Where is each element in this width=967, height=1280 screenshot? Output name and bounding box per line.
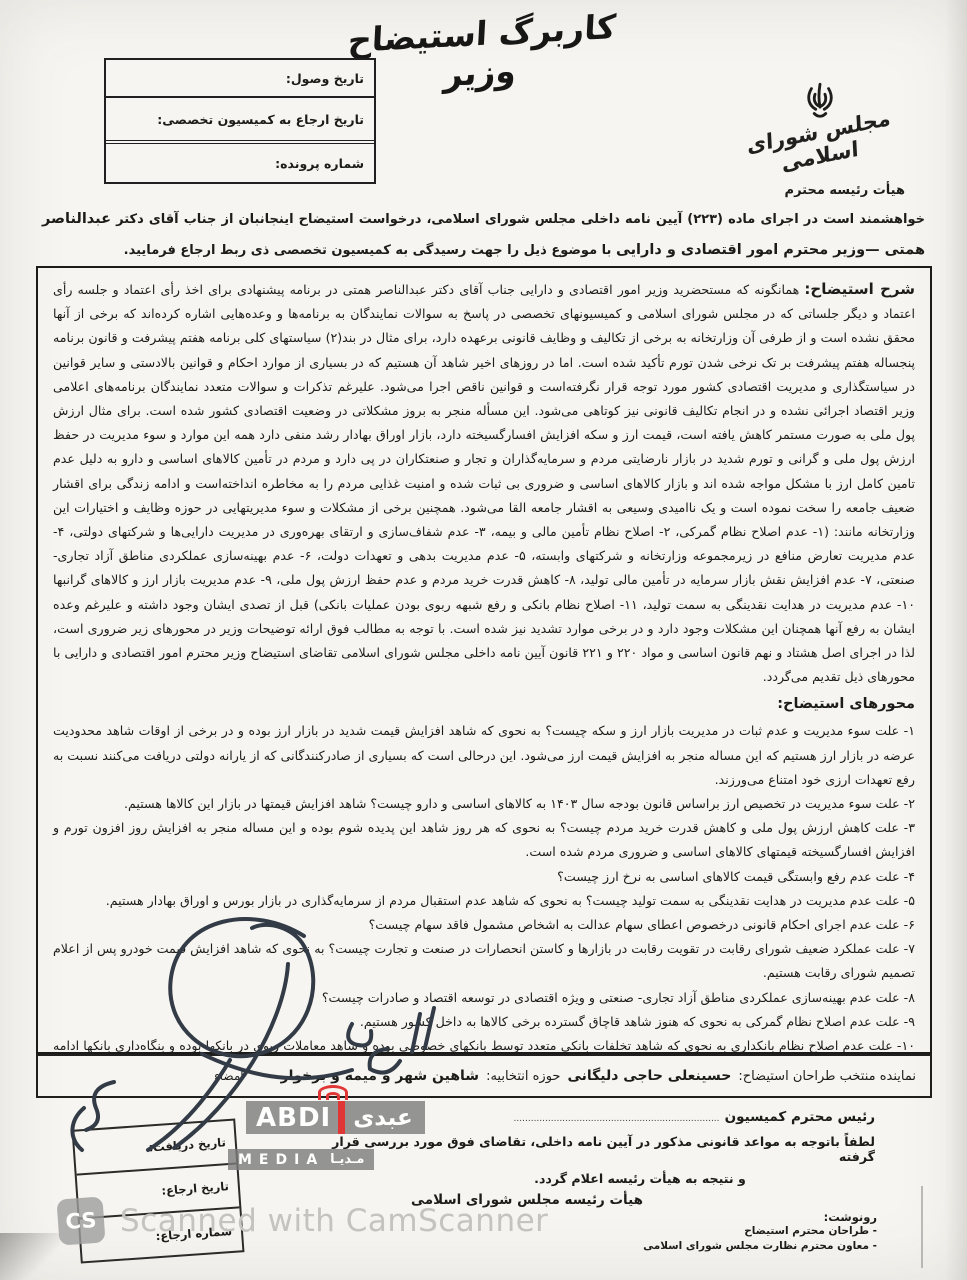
intro-text-2: با موضوع ذیل را جهت رسیدگی به کمیسیون تخ… bbox=[124, 243, 616, 258]
addressee-heading: هیأت رئیسه محترم bbox=[785, 183, 905, 198]
axis-item-9: ۹- علت عدم اصلاح نظام گمرکی به نحوی که ه… bbox=[53, 1010, 915, 1034]
scanned-document-page: کاربرگ استیضاح وزیر تاریخ وصول: تاریخ ار… bbox=[0, 0, 967, 1280]
referral-date-row: تاریخ ارجاع به کمیسیون تخصصی: bbox=[106, 98, 374, 144]
constituency-label: حوزه انتخابیه: bbox=[486, 1069, 560, 1084]
page-edge-shading bbox=[945, 0, 967, 1280]
constituency-name: شاهین شهر و میمه و برخوار bbox=[281, 1068, 480, 1084]
interpellation-body-box: شرح استیضاح: همانگونه که مستحضرید وزیر ا… bbox=[36, 266, 932, 1054]
wifi-arcs-icon bbox=[318, 1085, 348, 1101]
sharh-label: شرح استیضاح: bbox=[804, 280, 915, 298]
representative-name: حسینعلی حاجی دلیگانی bbox=[567, 1068, 731, 1084]
media-latin-text: MEDIA bbox=[228, 1149, 326, 1170]
copies-item-1: - طراحان محترم استیضاح bbox=[643, 1224, 877, 1239]
abdi-farsi-text: عبدی bbox=[345, 1101, 424, 1134]
abdi-latin-text: ABDI bbox=[246, 1101, 338, 1134]
iran-emblem-icon bbox=[797, 80, 843, 120]
copies-section: رونوشت: - طراحان محترم استیضاح - معاون م… bbox=[643, 1210, 877, 1254]
axis-item-3: ۳- علت کاهش ارزش پول ملی و کاهش قدرت خری… bbox=[53, 816, 915, 864]
representative-row: نماینده منتخب طراحان استیضاح: حسینعلی حا… bbox=[36, 1054, 932, 1098]
axis-item-7: ۷- علت عملکرد ضعیف شورای رقابت در تقویت … bbox=[53, 937, 915, 985]
copies-label: رونوشت: bbox=[643, 1210, 877, 1224]
paper-crease-line bbox=[921, 1186, 923, 1268]
receipt-date-row: تاریخ وصول: bbox=[106, 60, 374, 98]
arc-inner bbox=[326, 1092, 340, 1100]
axis-item-4: ۴- علت عدم رفع وابستگی قیمت کالاهای اساس… bbox=[53, 865, 915, 889]
commission-instruction-2: و نتیجه به هیأت رئیسه اعلام گردد. bbox=[315, 1171, 875, 1186]
signature-label: امضاء bbox=[214, 1069, 243, 1083]
axis-item-1: ۱- علت سوء مدیریت و عدم ثبات در مدیریت ب… bbox=[53, 719, 915, 792]
sharh-paragraph: شرح استیضاح: همانگونه که مستحضرید وزیر ا… bbox=[53, 277, 915, 689]
copies-item-2: - معاون محترم نظارت مجلس شورای اسلامی bbox=[643, 1239, 877, 1254]
camscanner-text: Scanned with CamScanner bbox=[120, 1203, 548, 1239]
axes-title: محورهای استیضاح: bbox=[53, 689, 915, 719]
axis-item-6: ۶- علت عدم اجرای احکام قانونی درخصوص اعط… bbox=[53, 913, 915, 937]
representative-label: نماینده منتخب طراحان استیضاح: bbox=[738, 1069, 916, 1084]
file-number-row: شماره پرونده: bbox=[106, 144, 374, 182]
abdi-watermark: ABDI عبدی bbox=[246, 1101, 425, 1134]
camscanner-badge-icon: CS bbox=[56, 1196, 105, 1245]
camscanner-watermark: CS Scanned with CamScanner bbox=[58, 1198, 548, 1244]
commission-dotted-line: ........................................… bbox=[514, 1114, 720, 1124]
sharh-text: همانگونه که مستحضرید وزیر امور اقتصادی و… bbox=[53, 282, 915, 684]
media-farsi-text: مـدیـا bbox=[326, 1149, 374, 1170]
axis-item-8: ۸- علت عدم بهینه‌سازی عملکردی مناطق آزاد… bbox=[53, 986, 915, 1010]
media-watermark: MEDIA مـدیـا bbox=[228, 1149, 374, 1170]
intro-paragraph: خواهشمند است در اجرای ماده (۲۲۳) آیین نا… bbox=[42, 204, 925, 266]
commission-instruction-1: لطفاً باتوجه به مواعد قانونی مذکور در آی… bbox=[315, 1134, 875, 1164]
letterhead: مجلس شورای اسلامی bbox=[727, 80, 912, 168]
commission-heading: رئیس محترم کمیسیون bbox=[725, 1109, 875, 1125]
axis-item-2: ۲- علت سوء مدیریت در تخصیص ارز براساس قا… bbox=[53, 792, 915, 816]
axis-item-5: ۵- علت عدم مدیریت در هدایت نقدینگی به سم… bbox=[53, 889, 915, 913]
intro-text-1: خواهشمند است در اجرای ماده (۲۲۳) آیین نا… bbox=[111, 212, 925, 227]
red-divider-bar bbox=[338, 1101, 345, 1134]
receipt-info-box: تاریخ وصول: تاریخ ارجاع به کمیسیون تخصصی… bbox=[104, 58, 376, 184]
axis-item-10: ۱۰- علت عدم اصلاح نظام بانکداری به نحوی … bbox=[53, 1034, 915, 1054]
corner-fold-shadow bbox=[0, 1233, 60, 1280]
